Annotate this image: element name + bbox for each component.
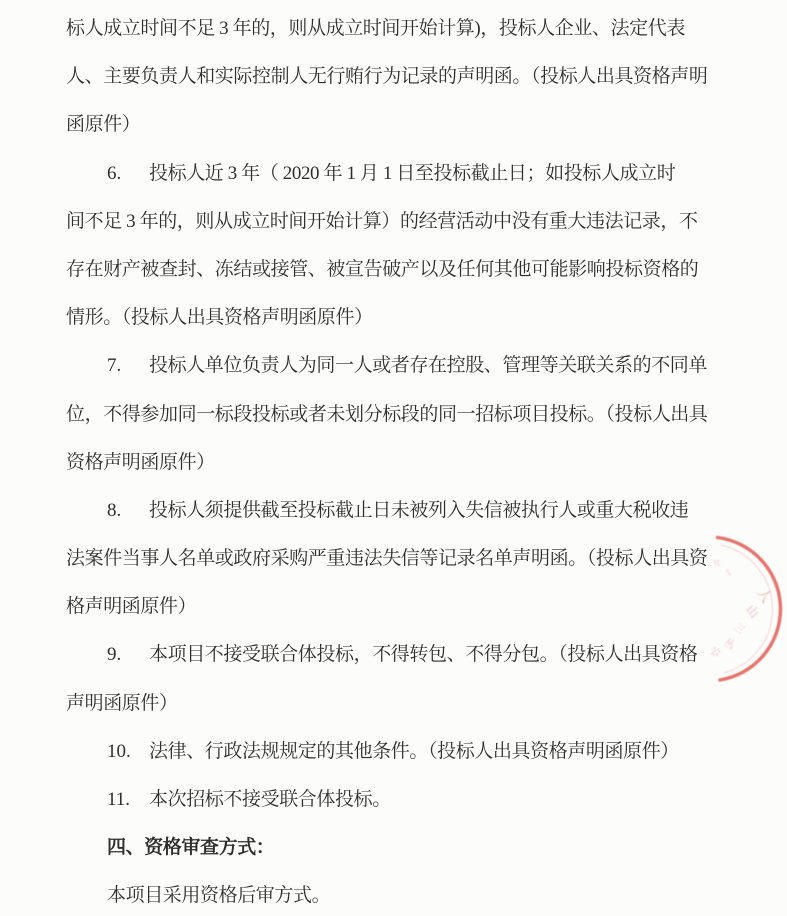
line-text: 本项目不接受联合体投标，不得转包、不得分包。（投标人出具资格 <box>149 644 698 665</box>
stamp-glyph-fragment: 山 <box>743 602 761 620</box>
line-text: 存在财产被查封、冻结或接管、被宣告破产以及任何其他可能影响投标资格的 <box>66 259 698 280</box>
line-text: 本项目采用资格后审方式。 <box>107 885 330 906</box>
stamp-glyph-fragment: 丛 <box>722 636 737 652</box>
item-10-line: 10.法律、行政法规规定的其他条件。（投标人出具资格声明函原件） <box>66 728 719 776</box>
line-text: 投标人近 3 年（ 2020 年 1 月 1 日至投标截止日；如投标人成立时 <box>149 163 675 184</box>
qualification-review-method-line: 本项目采用资格后审方式。 <box>66 872 719 916</box>
item-8-line-2: 法案件当事人名单或政府采购严重违法失信等记录名单声明函。（投标人出具资 <box>66 535 719 583</box>
item-8-first-line: 8.投标人须提供截至投标截止日未被列入失信被执行人或重大税收违 <box>66 487 719 535</box>
line-text: 投标人须提供截至投标截止日未被列入失信被执行人或重大税收违 <box>149 500 688 521</box>
stamp-glyph-fragment: 三 <box>731 621 746 637</box>
line-text: 标人成立时间不足 3 年的，则从成立时间开始计算)，投标人企业、法定代表 <box>66 18 685 39</box>
item-6-line-3: 存在财产被查封、冻结或接管、被宣告破产以及任何其他可能影响投标资格的 <box>66 246 719 294</box>
document-body: 标人成立时间不足 3 年的，则从成立时间开始计算)，投标人企业、法定代表 人、主… <box>66 5 719 916</box>
stamp-arc-inner-texture <box>721 545 772 673</box>
document-page: 标人成立时间不足 3 年的，则从成立时间开始计算)，投标人企业、法定代表 人、主… <box>0 0 787 916</box>
item-9-first-line: 9.本项目不接受联合体投标，不得转包、不得分包。（投标人出具资格 <box>66 631 719 679</box>
section-4-heading: 四、资格审查方式： <box>66 824 719 872</box>
line-text: 法律、行政法规规定的其他条件。（投标人出具资格声明函原件） <box>149 741 679 762</box>
item-8-line-3: 格声明函原件） <box>66 583 719 631</box>
item-number: 10. <box>107 728 149 776</box>
item-number: 8. <box>107 487 149 535</box>
line-text: 投标人单位负责人为同一人或者存在控股、管理等关联关系的不同单 <box>149 355 707 376</box>
line-text: 本次招标不接受联合体投标。 <box>149 789 391 810</box>
para-5-continuation-line-2: 人、主要负责人和实际控制人无行贿行为记录的声明函。（投标人出具资格声明 <box>66 53 719 101</box>
item-7-line-3: 资格声明函原件） <box>66 439 719 487</box>
line-text: 资格声明函原件） <box>66 452 215 473</box>
line-text: 法案件当事人名单或政府采购严重违法失信等记录名单声明函。（投标人出具资 <box>66 548 708 569</box>
line-text: 函原件） <box>66 114 140 135</box>
item-6-line-2: 间不足 3 年的，则从成立时间开始计算）的经营活动中没有重大违法记录，不 <box>66 198 719 246</box>
item-number: 7. <box>107 342 149 390</box>
line-text: 声明函原件） <box>66 693 178 714</box>
item-6-line-4: 情形。（投标人出具资格声明函原件） <box>66 294 719 342</box>
para-5-continuation-line-3: 函原件） <box>66 101 719 149</box>
para-5-continuation-line-1: 标人成立时间不足 3 年的，则从成立时间开始计算)，投标人企业、法定代表 <box>66 5 719 53</box>
line-text: 情形。（投标人出具资格声明函原件） <box>66 307 373 328</box>
item-number: 11. <box>107 776 149 824</box>
line-text: 格声明函原件） <box>66 596 196 617</box>
line-text: 位，不得参加同一标段投标或者未划分标段的同一招标项目投标。（投标人出具 <box>66 404 708 425</box>
line-text: 人、主要负责人和实际控制人无行贿行为记录的声明函。（投标人出具资格声明 <box>66 66 708 87</box>
stamp-glyph-fragment: 氵 <box>724 565 736 577</box>
stamp-glyph-fragment: 人 <box>753 586 774 607</box>
item-7-first-line: 7.投标人单位负责人为同一人或者存在控股、管理等关联关系的不同单 <box>66 342 719 390</box>
item-number: 6. <box>107 150 149 198</box>
heading-text: 四、资格审查方式： <box>107 837 274 858</box>
stamp-arc <box>718 538 781 681</box>
item-9-line-2: 声明函原件） <box>66 680 719 728</box>
item-number: 9. <box>107 631 149 679</box>
item-11-line: 11.本次招标不接受联合体投标。 <box>66 776 719 824</box>
item-7-line-2: 位，不得参加同一标段投标或者未划分标段的同一招标项目投标。（投标人出具 <box>66 391 719 439</box>
item-6-first-line: 6.投标人近 3 年（ 2020 年 1 月 1 日至投标截止日；如投标人成立时 <box>66 150 719 198</box>
line-text: 间不足 3 年的，则从成立时间开始计算）的经营活动中没有重大违法记录，不 <box>66 211 698 232</box>
